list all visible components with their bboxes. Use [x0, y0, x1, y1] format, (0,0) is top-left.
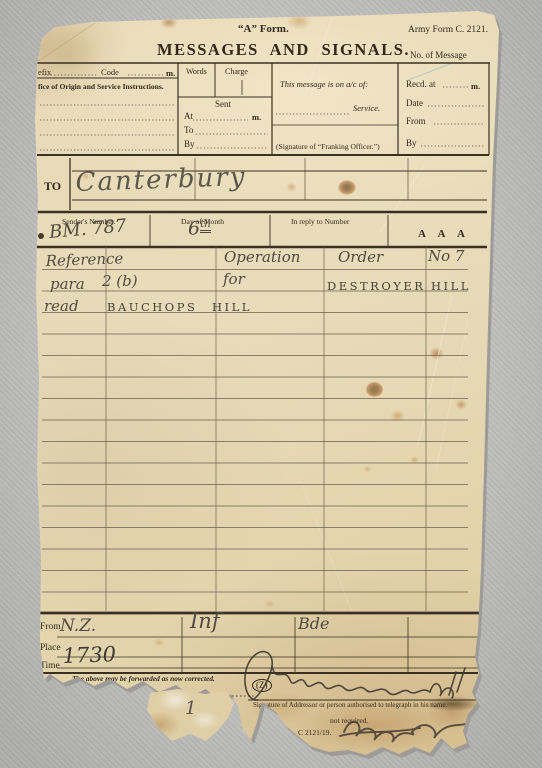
time-label: Time: [40, 662, 60, 672]
day-number: 6: [188, 217, 200, 239]
stain: [286, 182, 297, 192]
time-value: 1730: [62, 644, 116, 667]
recd-from-label: From: [406, 117, 426, 126]
msg-word: Order: [338, 250, 383, 265]
sent-at-label: At: [184, 112, 193, 121]
stain: [390, 410, 405, 422]
form-ref-text: C 2121/19.: [298, 729, 331, 737]
msg-word: Reference: [45, 251, 123, 269]
not-required-text: not required.: [330, 717, 368, 725]
account-of-label: This message is on a/c of:: [280, 80, 368, 89]
purple-pencil-mark: [488, 523, 498, 535]
place-label: Place: [40, 644, 61, 654]
ink-dot: [38, 233, 44, 239]
stain: [265, 600, 275, 608]
sent-label: Sent: [215, 100, 231, 109]
sent-m-label: m.: [252, 113, 261, 122]
a-form-label: “A” Form.: [238, 24, 289, 35]
scanned-message-form: “A” Form. Army Form C. 2121. MESSAGES AN…: [0, 0, 542, 768]
corrected-note: The above may be forwarded as now correc…: [72, 675, 215, 682]
from-label: From: [40, 623, 61, 633]
sent-by-label: By: [184, 140, 195, 149]
words-label: Words: [186, 68, 207, 76]
msg-word: No 7: [428, 249, 464, 264]
stain: [363, 465, 372, 473]
to-label: TO: [44, 180, 61, 192]
signature-scrawl: [245, 652, 465, 701]
z-franking-mark: (Z): [252, 679, 272, 692]
aaa-separator: A A A: [418, 229, 470, 240]
msg-word: para: [50, 277, 85, 292]
recd-by-label: By: [406, 139, 417, 148]
office-of-origin-label: fice of Origin and Service Instructions.: [38, 83, 164, 91]
bde-value: Bde: [298, 616, 329, 632]
inf-value: Inf: [190, 611, 220, 632]
from-value: N.Z.: [60, 618, 96, 635]
msg-word: read: [44, 299, 79, 314]
prefix-label: efix: [38, 68, 51, 77]
form-paper: “A” Form. Army Form C. 2121. MESSAGES AN…: [0, 0, 542, 768]
stain: [429, 347, 444, 360]
date-label: Date: [406, 99, 423, 108]
stain: [366, 382, 383, 397]
stain: [160, 16, 178, 29]
to-value-handwriting: Canterbury: [75, 164, 247, 196]
service-label: Service.: [353, 104, 380, 113]
sent-to-label: To: [184, 126, 193, 135]
franking-officer-label: (Signature of “Franking Officer.”): [276, 143, 380, 151]
pencil-mark-1: 1: [185, 700, 196, 718]
msg-word: HILL: [212, 302, 252, 314]
stain: [154, 638, 164, 647]
stain: [338, 180, 356, 195]
day-of-month-value: 6th: [188, 219, 211, 238]
code-label: Code: [101, 68, 119, 77]
stain: [286, 12, 312, 30]
msg-word: DESTROYER: [327, 281, 425, 293]
msg-word: BAUCHOPS: [107, 302, 197, 314]
blue-pencil-mark: [408, 62, 455, 80]
no-of-message-label: No. of Message: [410, 51, 467, 60]
m-label: m.: [166, 69, 175, 78]
msg-word: Operation: [224, 250, 300, 265]
in-reply-label: In reply to Number: [291, 218, 349, 226]
charge-label: Charge: [225, 68, 248, 76]
stain: [299, 6, 307, 13]
day-suffix: th: [200, 218, 211, 233]
msg-word: for: [223, 272, 245, 287]
msg-word: HILL: [431, 281, 471, 293]
recd-m-label: m.: [471, 82, 480, 91]
recd-at-label: Recd. at: [406, 80, 436, 89]
form-title: MESSAGES AND SIGNALS.: [157, 42, 410, 59]
senders-number-value: BM. 787: [48, 217, 127, 242]
army-form-number: Army Form C. 2121.: [408, 26, 488, 36]
stain: [410, 456, 419, 464]
msg-word: 2 (b): [102, 274, 138, 289]
signature-caption: Signature of Addressor or person authori…: [253, 702, 447, 709]
stain: [455, 399, 467, 410]
